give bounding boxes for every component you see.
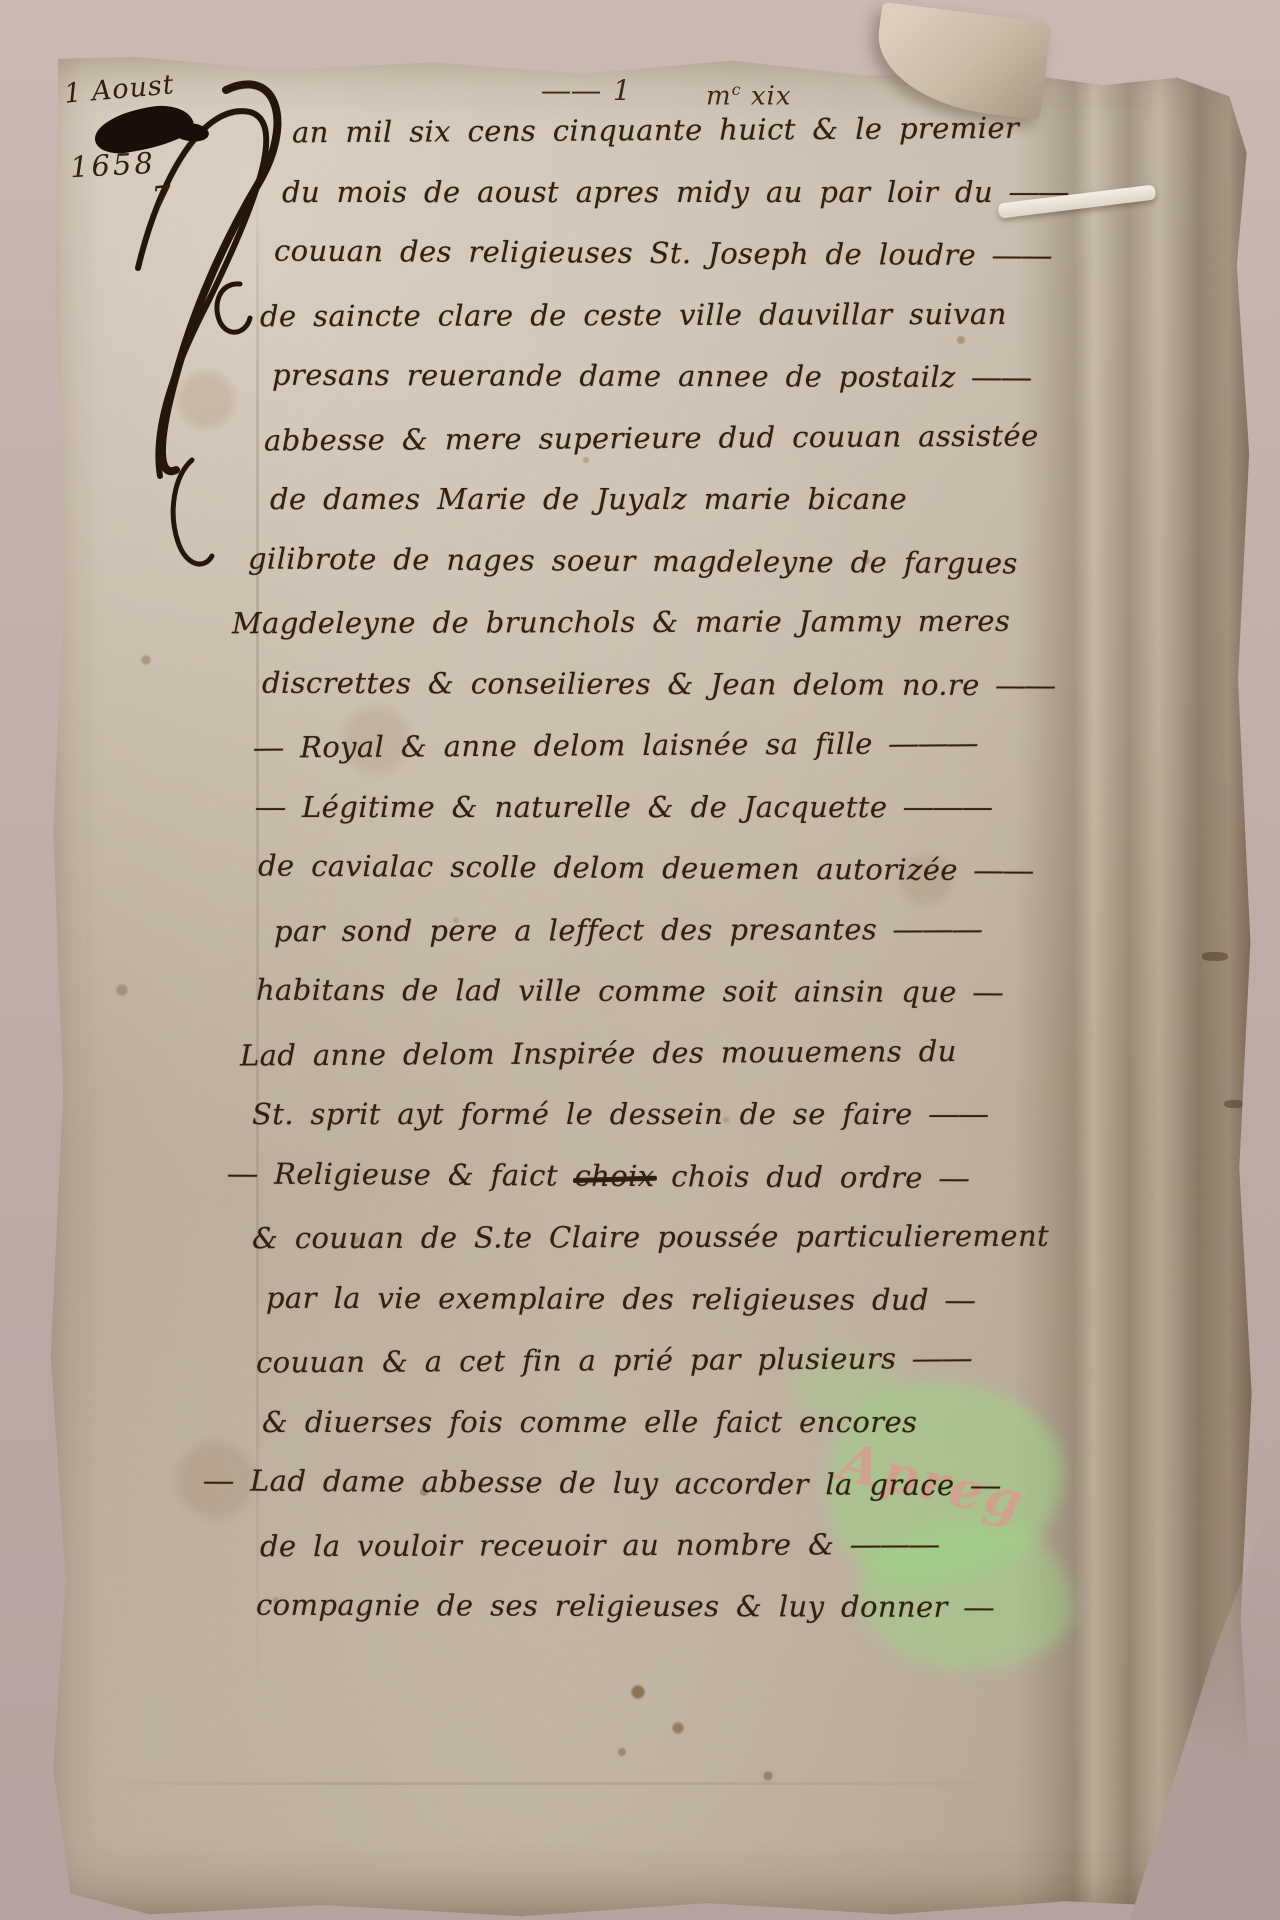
manuscript-line: presans reuerande dame annee de postailz… [272,345,1046,409]
line-text: chois dud ordre ― [654,1159,969,1195]
manuscript-line: an mil six cens cinquante huict & le pre… [292,98,1046,164]
manuscript-line: & diuerses fois comme elle faict encores [262,1392,1046,1454]
manuscript-line: de saincte clare de ceste ville dauvilla… [260,283,1046,347]
manuscript-line: par sond pere a leffect des presantes ――… [274,898,1046,962]
manuscript-line: Lad anne delom Inspirée des mouuemens du [240,1020,1046,1087]
struck-word: choix [574,1158,654,1193]
margin-date-year: 1658 [69,146,156,184]
manuscript-line: ― Religieuse & faict choix chois dud ord… [228,1143,1046,1210]
manuscript-line: de la vouloir receuoir au nombre & ――― [260,1513,1046,1577]
manuscript-line: discrettes & conseilieres & Jean delom n… [262,652,1046,716]
line-text: ― Religieuse & faict [228,1156,575,1192]
margin-mark: 7 [150,179,173,217]
manuscript-line: compagnie de ses religieuses & luy donne… [256,1575,1046,1639]
folio-superscript: c [732,80,742,99]
manuscript-line: ― Royal & anne delom laisnée sa fille ――… [254,713,1046,779]
manuscript-line: ― Légitime & naturelle & de Jacquette ――… [256,777,1046,839]
manuscript-line: abbesse & mere superieure dud couuan ass… [264,405,1046,471]
manuscript-line: par la vie exemplaire des religieuses du… [266,1267,1046,1331]
manuscript-lines: an mil six cens cinquante huict & le pre… [246,100,1046,1638]
photo-scene: Apreg 1 Aoust 1658 7 ―― 1 mc xix an mil … [0,0,1280,1920]
manuscript-line: St. sprit ayt formé le dessein de se fai… [252,1084,1046,1146]
manuscript-line: couuan des religieuses St. Joseph de lou… [274,221,1046,287]
manuscript-line: habitans de lad ville comme soit ainsin … [256,960,1046,1024]
manuscript-line: Magdeleyne de brunchols & marie Jammy me… [232,591,1046,655]
manuscript-line: de cavialac scolle delom deuemen autoriz… [258,836,1046,902]
manuscript-line: gilibrote de nages soeur magdeleyne de f… [248,528,1046,595]
manuscript-line: de dames Marie de Juyalz marie bicane [270,469,1046,531]
torn-nick [28,92,40,100]
torn-nick [22,60,40,70]
manuscript-line: couuan & a cet fin a prié par plusieurs … [256,1328,1046,1394]
manuscript-line: ― Lad dame abbesse de luy accorder la gr… [204,1450,1046,1517]
manuscript-line: & couuan de S.te Claire poussée particul… [252,1206,1046,1270]
manuscript-line: du mois de aoust apres midy au par loir … [282,162,1046,224]
torn-nick [1224,1100,1244,1108]
torn-nick [1202,952,1228,961]
